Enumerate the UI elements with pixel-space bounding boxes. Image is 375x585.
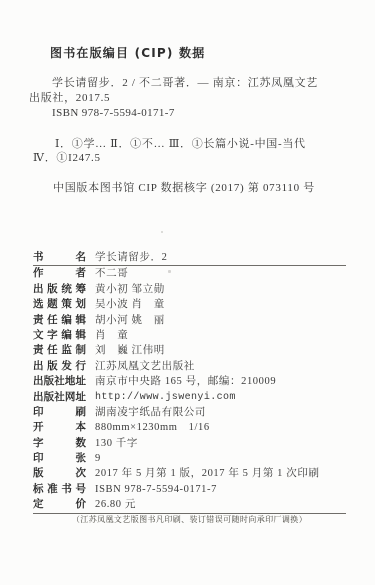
colophon-row-publishing-coordinator: 出版统筹 黄小初 邹立勋 xyxy=(33,282,346,297)
colophon-row-edition: 版次 2017 年 5 月第 1 版，2017 年 5 月第 1 次印刷 xyxy=(33,466,346,481)
row-label: 出版社网址 xyxy=(33,390,86,405)
cip-record-isbn: ISBN 978-7-5594-0171-7 xyxy=(52,107,175,120)
row-value: 刘 巍 江伟明 xyxy=(95,343,165,358)
colophon-row-format: 开本 880mm×1230mm 1/16 xyxy=(33,420,346,435)
scan-speck xyxy=(161,231,163,233)
row-label: 作者 xyxy=(33,266,86,281)
row-value: 江苏凤凰文艺出版社 xyxy=(95,359,195,374)
row-value: 湖南凌宇纸品有限公司 xyxy=(95,405,206,420)
row-value: 130 千字 xyxy=(95,436,138,451)
cip-record-line1: 学长请留步．2 / 不二哥著．— 南京：江苏凤凰文艺 xyxy=(52,77,318,90)
row-label: 印张 xyxy=(33,451,86,466)
row-label: 责任编辑 xyxy=(33,313,86,328)
cip-heading: 图书在版编目 (CIP) 数据 xyxy=(50,46,205,60)
cip-record-line2: 出版社，2017.5 xyxy=(29,92,110,105)
row-label: 文字编辑 xyxy=(33,328,86,343)
row-value: 吴小波 肖 童 xyxy=(95,297,165,312)
row-label: 印刷 xyxy=(33,405,86,420)
row-value-url: http://www.jswenyi.com xyxy=(95,390,236,405)
cip-registry-number: 中国版本图书馆 CIP 数据核字 (2017) 第 073110 号 xyxy=(53,182,315,195)
colophon-row-price: 定价 26.80 元 xyxy=(33,497,346,512)
cip-classification-line1: Ⅰ．①学… Ⅱ．①不… Ⅲ．①长篇小说-中国-当代 xyxy=(55,138,306,151)
book-copyright-page: 图书在版编目 (CIP) 数据 学长请留步．2 / 不二哥著．— 南京：江苏凤凰… xyxy=(0,0,375,585)
colophon-row-topic-planning: 选题策划 吴小波 肖 童 xyxy=(33,297,346,312)
row-label: 出版发行 xyxy=(33,359,86,374)
row-label: 出版社地址 xyxy=(33,374,86,389)
row-label: 责任监制 xyxy=(33,343,86,358)
row-label: 选题策划 xyxy=(33,297,86,312)
colophon-row-production-supervisor: 责任监制 刘 巍 江伟明 xyxy=(33,343,346,358)
colophon-row-responsible-editor: 责任编辑 胡小河 姚 丽 xyxy=(33,313,346,328)
colophon-row-sheets: 印张 9 xyxy=(33,451,346,466)
row-value: 不二哥 xyxy=(95,266,128,281)
row-value: 2017 年 5 月第 1 版，2017 年 5 月第 1 次印刷 xyxy=(95,466,320,481)
row-label: 版次 xyxy=(33,466,86,481)
row-value: 黄小初 邹立勋 xyxy=(95,282,165,297)
row-label: 开本 xyxy=(33,420,86,435)
colophon-row-word-count: 字数 130 千字 xyxy=(33,436,346,451)
row-value: 学长请留步．2 xyxy=(95,250,167,265)
row-value: ISBN 978-7-5594-0171-7 xyxy=(95,482,217,497)
cip-classification-line2: Ⅳ．①I247.5 xyxy=(33,152,101,165)
row-value: 南京市中央路 165 号，邮编：210009 xyxy=(95,374,276,389)
colophon-row-publisher: 出版发行 江苏凤凰文艺出版社 xyxy=(33,359,346,374)
row-label: 标准书号 xyxy=(33,482,86,497)
colophon-row-text-editor: 文字编辑 肖 童 xyxy=(33,328,346,343)
row-label: 出版统筹 xyxy=(33,282,86,297)
colophon-row-isbn: 标准书号 ISBN 978-7-5594-0171-7 xyxy=(33,482,346,497)
row-value: 880mm×1230mm 1/16 xyxy=(95,420,210,435)
row-value: 9 xyxy=(95,451,101,466)
scan-speck xyxy=(190,53,193,55)
colophon-table: 书名 学长请留步．2 作者 不二哥 出版统筹 黄小初 邹立勋 选题策划 吴小波 … xyxy=(33,250,346,514)
misprint-replacement-note: （江苏凤凰文艺版图书凡印刷、装订错误可随时向承印厂调换） xyxy=(33,515,346,525)
colophon-row-title: 书名 学长请留步．2 xyxy=(33,250,346,266)
colophon-row-author: 作者 不二哥 xyxy=(33,266,346,281)
colophon-row-printer: 印刷 湖南凌宇纸品有限公司 xyxy=(33,405,346,420)
colophon-row-publisher-website: 出版社网址 http://www.jswenyi.com xyxy=(33,390,346,405)
row-label: 书名 xyxy=(33,250,86,265)
scan-speck xyxy=(168,270,171,273)
row-value: 26.80 元 xyxy=(95,497,136,512)
colophon-row-publisher-address: 出版社地址 南京市中央路 165 号，邮编：210009 xyxy=(33,374,346,389)
row-label: 定价 xyxy=(33,497,86,512)
row-value: 肖 童 xyxy=(95,328,128,343)
row-label: 字数 xyxy=(33,436,86,451)
row-value: 胡小河 姚 丽 xyxy=(95,313,165,328)
